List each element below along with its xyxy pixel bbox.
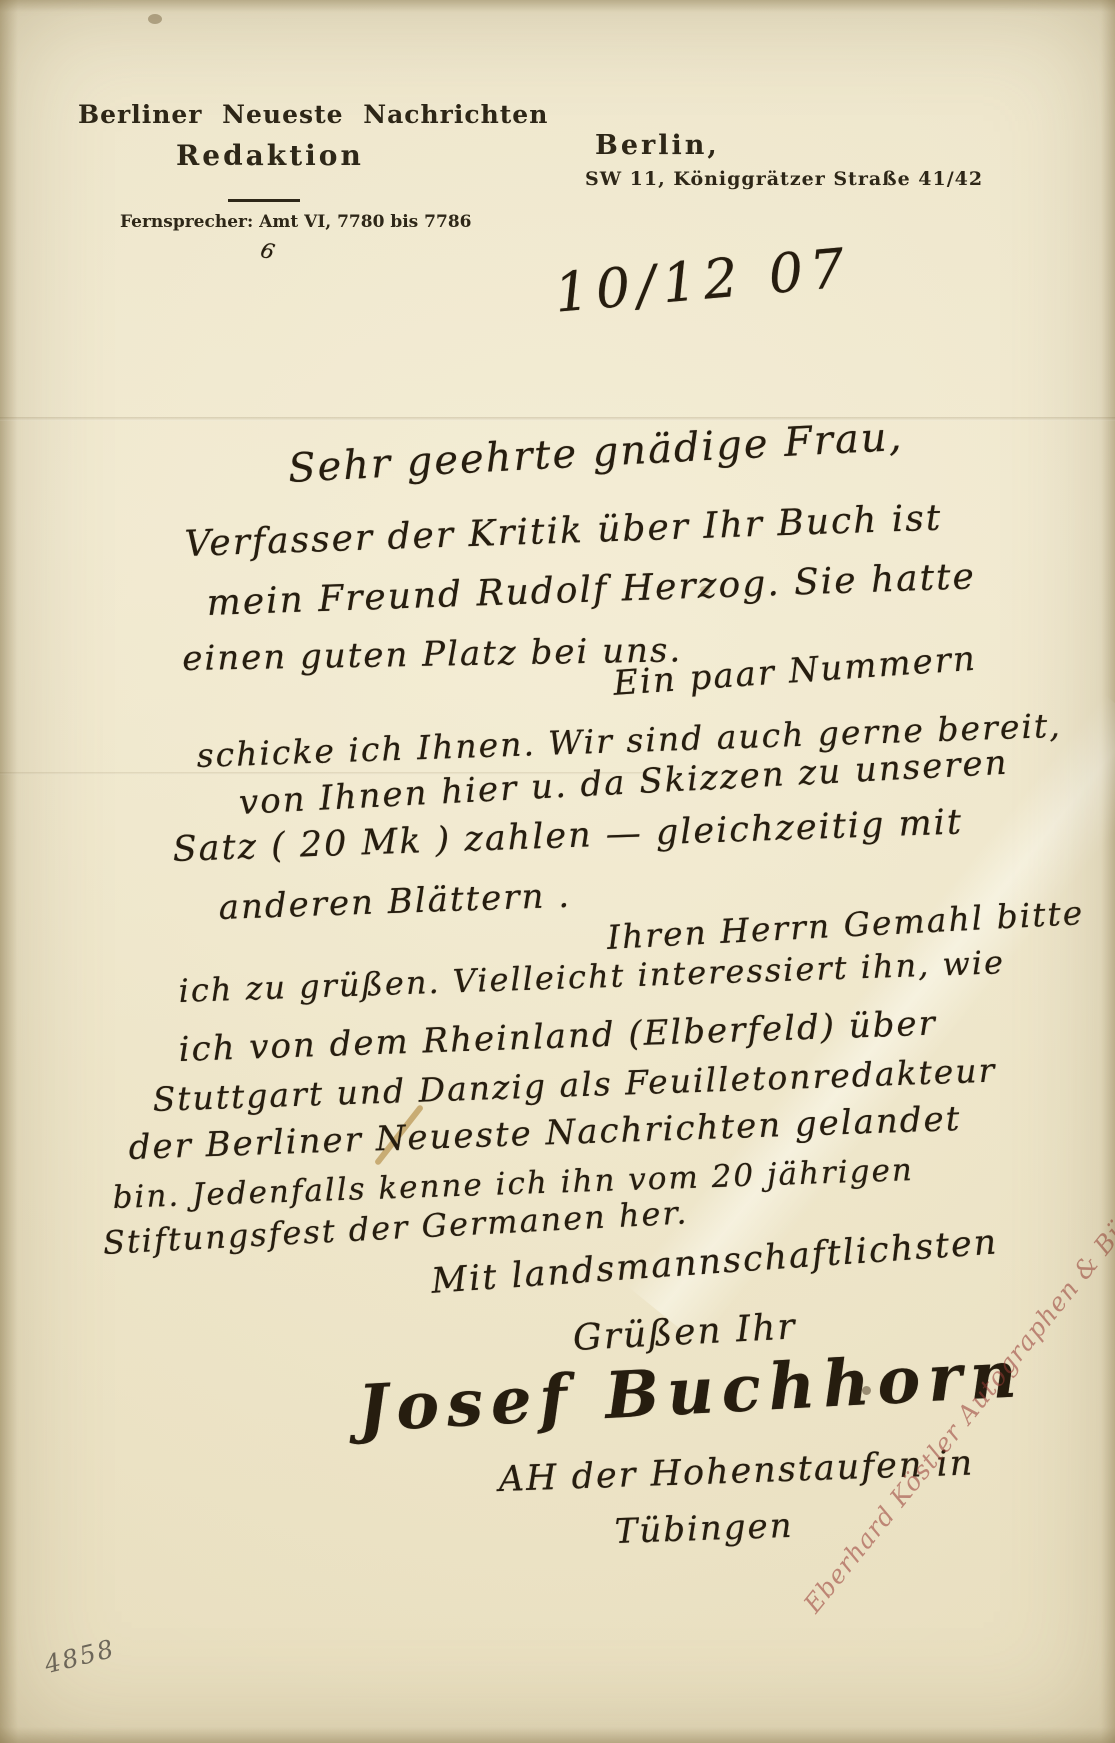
letterhead-address: SW 11, Königgrätzer Straße 41/42 bbox=[585, 168, 983, 190]
handwritten-line: Verfasser der Kritik über Ihr Buch ist bbox=[184, 498, 943, 565]
letter-scan: Berliner Neueste Nachrichten Redaktion F… bbox=[0, 0, 1115, 1743]
ink-mark: 6 bbox=[258, 238, 279, 265]
letterhead-rule bbox=[228, 199, 300, 202]
signature-note: Tübingen bbox=[614, 1506, 794, 1552]
handwritten-line: einen guten Platz bei uns. bbox=[182, 630, 683, 679]
foxing-spot bbox=[148, 14, 162, 24]
signature: Josef Buchhorn bbox=[356, 1337, 1026, 1447]
handwritten-line: mein Freund Rudolf Herzog. Sie hatte bbox=[206, 556, 976, 624]
letterhead-city: Berlin, bbox=[595, 130, 720, 161]
inventory-number: 4858 bbox=[42, 1634, 119, 1679]
signature-note: AH der Hohenstaufen in bbox=[498, 1443, 975, 1500]
letterhead-phone: Fernsprecher: Amt VI, 7780 bis 7786 bbox=[120, 212, 472, 232]
handwritten-line: Sehr geehrte gnädige Frau, bbox=[287, 414, 904, 492]
fold-crease bbox=[0, 417, 1115, 421]
handwritten-line: ich zu grüßen. Vielleicht interessiert i… bbox=[178, 943, 1006, 1010]
letterhead-department: Redaktion bbox=[176, 139, 364, 172]
handwritten-line: anderen Blättern . bbox=[218, 876, 572, 928]
handwritten-date: 10/12 07 bbox=[552, 236, 854, 325]
handwritten-line: Ihren Herrn Gemahl bitte bbox=[606, 893, 1085, 957]
letterhead-title: Berliner Neueste Nachrichten bbox=[78, 100, 548, 129]
